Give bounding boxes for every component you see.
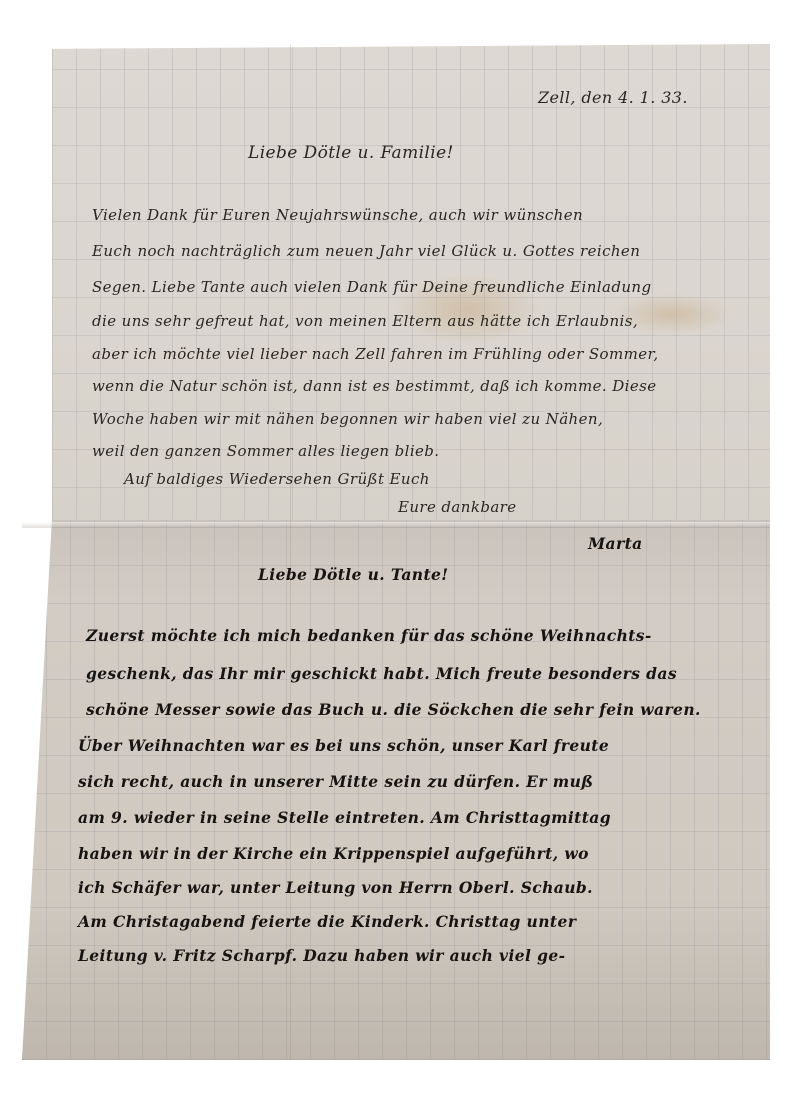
letter2-line: Über Weihnachten war es bei uns schön, u…	[78, 736, 609, 755]
letter2-line: Am Christagabend feierte die Kinderk. Ch…	[78, 912, 576, 931]
salutation-1: Liebe Dötle u. Familie!	[248, 143, 454, 163]
letter2-line: ich Schäfer war, unter Leitung von Herrn…	[78, 878, 593, 897]
letter2-line: sich recht, auch in unserer Mitte sein z…	[78, 772, 593, 791]
place-date: Zell, den 4. 1. 33.	[538, 88, 688, 107]
closing: Auf baldiges Wiedersehen Grüßt Euch	[124, 470, 430, 488]
letter1-line: Woche haben wir mit nähen begonnen wir h…	[92, 410, 603, 428]
letter1-line: weil den ganzen Sommer alles liegen blie…	[92, 442, 439, 460]
letter1-line: Euch noch nachträglich zum neuen Jahr vi…	[92, 242, 640, 260]
letter1-line: aber ich möchte viel lieber nach Zell fa…	[92, 345, 659, 363]
letter2-line: haben wir in der Kirche ein Krippenspiel…	[78, 844, 589, 863]
letter1-line: Vielen Dank für Euren Neujahrswünsche, a…	[92, 206, 583, 224]
letter2-line: geschenk, das Ihr mir geschickt habt. Mi…	[86, 664, 677, 683]
letter1-line: Segen. Liebe Tante auch vielen Dank für …	[92, 278, 651, 296]
letter-photo: Zell, den 4. 1. 33. Liebe Dötle u. Famil…	[0, 0, 800, 1102]
letter1-line: die uns sehr gefreut hat, von meinen Elt…	[92, 312, 638, 330]
letter2-line: schöne Messer sowie das Buch u. die Söck…	[86, 700, 701, 719]
signature: Marta	[588, 534, 643, 553]
letter1-line: wenn die Natur schön ist, dann ist es be…	[92, 377, 657, 395]
letter2-line: am 9. wieder in seine Stelle eintreten. …	[78, 808, 611, 827]
letter2-line: Zuerst möchte ich mich bedanken für das …	[86, 626, 652, 645]
closing-2: Eure dankbare	[398, 498, 517, 516]
horizontal-fold-crease	[22, 522, 770, 528]
letter2-line: Leitung v. Fritz Scharpf. Dazu haben wir…	[78, 946, 565, 965]
salutation-2: Liebe Dötle u. Tante!	[258, 565, 448, 584]
vertical-fold-crease	[290, 44, 291, 1060]
